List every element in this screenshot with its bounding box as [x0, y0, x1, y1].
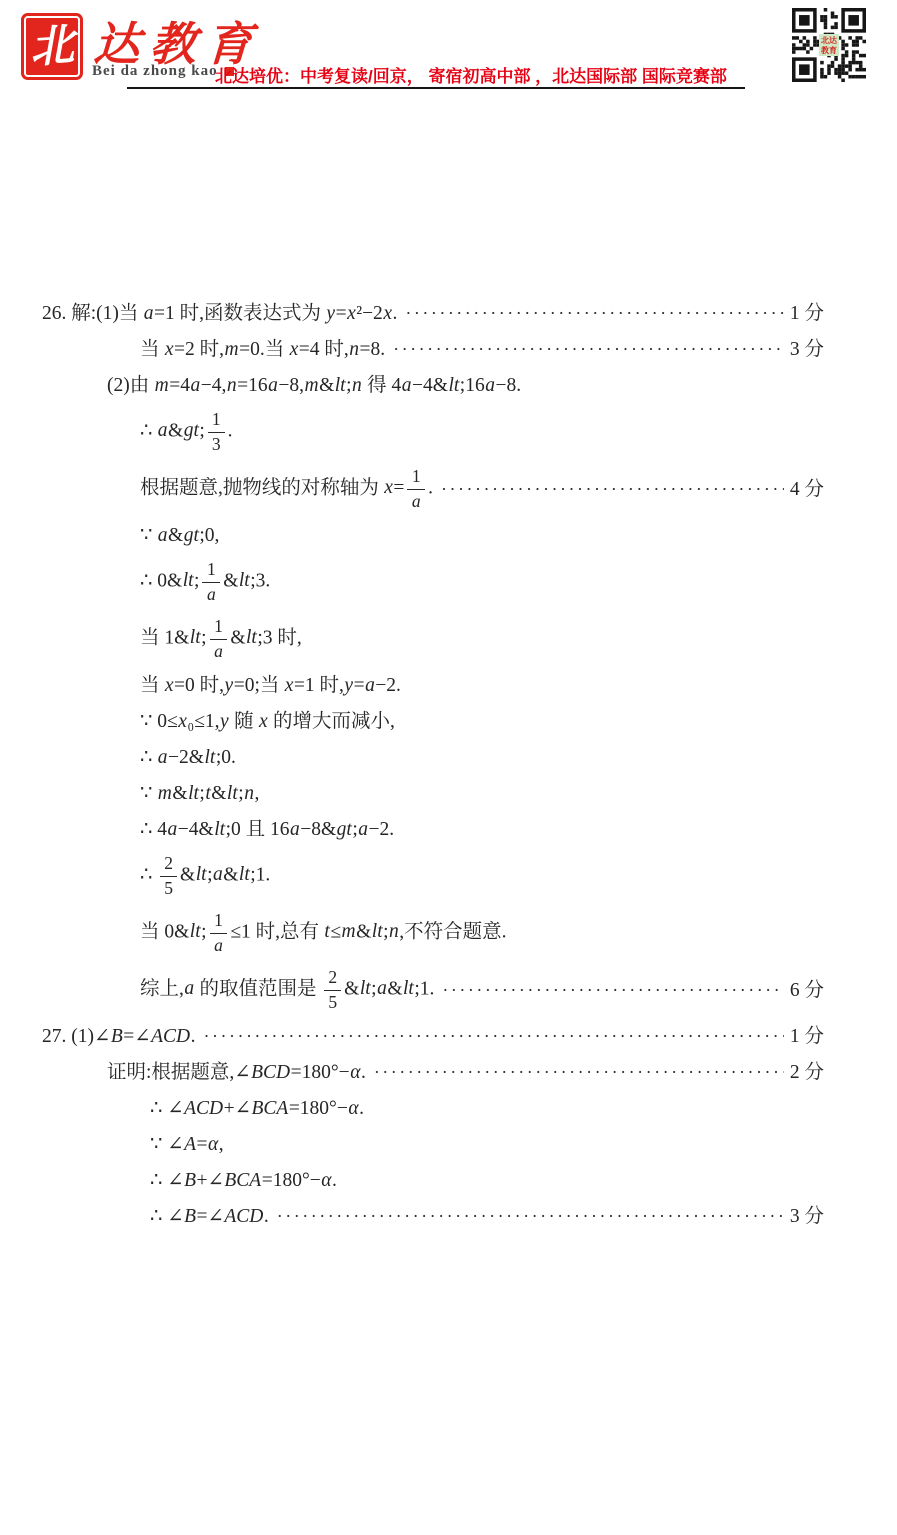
score-label: 3 分 [790, 1203, 826, 1230]
fraction-numerator: 1 [210, 911, 228, 934]
dot-leader: ········································… [442, 977, 783, 1004]
header: 北 达教育 Bei da zhong kao 北达培优：中考复读/回京， 寄宿初… [0, 0, 897, 110]
score-label: 4 分 [790, 476, 826, 503]
math-text: 证明:根据题意,∠BCD=180°−α. [107, 1059, 366, 1086]
fraction-numerator: 2 [324, 968, 341, 991]
dot-leader: ········································… [203, 1023, 783, 1050]
score-label: 1 分 [790, 1023, 826, 1050]
solution-line-13: ∴ 4a−4&lt;0 且 16a−8&gt;a−2. [0, 816, 826, 843]
dot-leader: ········································… [374, 1059, 784, 1086]
svg-text:北达: 北达 [821, 35, 837, 45]
math-text: ∵ 0≤x₀≤1,y 随 x 的增大而减小, [140, 708, 395, 735]
header-rule [127, 87, 745, 89]
math-text: ∴ a&gt;13. [140, 408, 232, 456]
score-label: 3 分 [790, 336, 826, 363]
logo-seal-char: 北 [29, 23, 76, 70]
solution-line-17: 27. (1)∠B=∠ACD.·························… [0, 1023, 826, 1050]
math-text: ∴ a−2&lt;0. [140, 744, 236, 771]
math-text: ∴ ∠B=∠ACD. [150, 1203, 269, 1230]
fraction: 1a [210, 617, 228, 661]
fraction: 25 [160, 854, 177, 898]
solution-line-19: ∴ ∠ACD+∠BCA=180°−α. [0, 1095, 826, 1122]
math-text: (2)由 m=4a−4,n=16a−8,m&lt;n 得 4a−4&lt;16a… [107, 372, 521, 399]
svg-text:教育: 教育 [820, 45, 837, 55]
solution-line-8: 当 1&lt;1a&lt;3 时, [0, 615, 826, 663]
score-label: 1 分 [790, 300, 826, 327]
fraction-numerator: 1 [208, 410, 225, 433]
math-text: ∴ 25&lt;a&lt;1. [140, 852, 270, 900]
header-tagline: 北达培优：中考复读/回京， 寄宿初高中部 ，北达国际部 国际竞赛部 [215, 62, 755, 87]
fraction-denominator: 3 [208, 433, 225, 455]
math-text: 当 0&lt;1a≤1 时,总有 t≤m&lt;n,不符合题意. [140, 909, 507, 957]
math-text: ∵ a&gt;0, [140, 522, 219, 549]
math-text: ∴ 0&lt;1a&lt;3. [140, 558, 270, 606]
score-label: 2 分 [790, 1059, 826, 1086]
fraction-numerator: 1 [202, 560, 220, 583]
fraction-denominator: 5 [324, 991, 341, 1013]
dot-leader: ········································… [405, 300, 784, 327]
math-text: 当 x=2 时,m=0.当 x=4 时,n=8. [140, 336, 385, 363]
solution-body: 26. 解:(1)当 a=1 时,函数表达式为 y=x²−2x.········… [0, 300, 826, 1239]
math-text: ∴ ∠B+∠BCA=180°−α. [150, 1167, 337, 1194]
dot-leader: ········································… [393, 336, 784, 363]
solution-line-21: ∴ ∠B+∠BCA=180°−α. [0, 1167, 826, 1194]
math-text: ∴ 4a−4&lt;0 且 16a−8&gt;a−2. [140, 816, 394, 843]
fraction-numerator: 1 [407, 467, 425, 490]
solution-line-7: ∴ 0&lt;1a&lt;3. [0, 558, 826, 606]
solution-line-6: ∵ a&gt;0, [0, 522, 826, 549]
fraction: 13 [208, 410, 225, 454]
fraction: 1a [210, 911, 228, 955]
math-text: 27. (1)∠B=∠ACD. [42, 1023, 195, 1050]
logo-romanized-text: Bei da zhong kao [92, 63, 218, 80]
solution-line-3: (2)由 m=4a−4,n=16a−8,m&lt;n 得 4a−4&lt;16a… [0, 372, 826, 399]
solution-line-18: 证明:根据题意,∠BCD=180°−α.····················… [0, 1059, 826, 1086]
fraction-numerator: 2 [160, 854, 177, 877]
solution-line-4: ∴ a&gt;13. [0, 408, 826, 456]
logo-romanized: Bei da zhong kao [92, 63, 234, 80]
math-text: 26. 解:(1)当 a=1 时,函数表达式为 y=x²−2x. [42, 300, 397, 327]
dot-leader: ········································… [277, 1203, 784, 1230]
logo-seal: 北 [21, 13, 83, 80]
solution-line-5: 根据题意,抛物线的对称轴为 x=1a.·····················… [0, 465, 826, 513]
fraction-numerator: 1 [210, 617, 228, 640]
fraction-denominator: a [210, 640, 228, 662]
solution-line-15: 当 0&lt;1a≤1 时,总有 t≤m&lt;n,不符合题意. [0, 909, 826, 957]
solution-line-10: ∵ 0≤x₀≤1,y 随 x 的增大而减小, [0, 708, 826, 735]
solution-line-14: ∴ 25&lt;a&lt;1. [0, 852, 826, 900]
math-text: 当 x=0 时,y=0;当 x=1 时,y=a−2. [140, 672, 401, 699]
solution-line-22: ∴ ∠B=∠ACD.······························… [0, 1203, 826, 1230]
solution-line-20: ∵ ∠A=α, [0, 1131, 826, 1158]
fraction: 1a [407, 467, 425, 511]
solution-line-12: ∵ m&lt;t&lt;n, [0, 780, 826, 807]
scanned-answer-page: 北 达教育 Bei da zhong kao 北达培优：中考复读/回京， 寄宿初… [0, 0, 897, 1535]
math-text: 当 1&lt;1a&lt;3 时, [140, 615, 302, 663]
solution-line-1: 26. 解:(1)当 a=1 时,函数表达式为 y=x²−2x.········… [0, 300, 826, 327]
math-text: ∴ ∠ACD+∠BCA=180°−α. [150, 1095, 364, 1122]
solution-line-16: 综上,a 的取值范围是 25&lt;a&lt;1.···············… [0, 966, 826, 1014]
solution-line-9: 当 x=0 时,y=0;当 x=1 时,y=a−2. [0, 672, 826, 699]
dot-leader: ········································… [441, 476, 784, 503]
fraction: 1a [202, 560, 220, 604]
math-text: 综上,a 的取值范围是 25&lt;a&lt;1. [140, 966, 434, 1014]
solution-line-2: 当 x=2 时,m=0.当 x=4 时,n=8.················… [0, 336, 826, 363]
fraction: 25 [324, 968, 341, 1012]
fraction-denominator: a [202, 583, 220, 605]
score-label: 6 分 [790, 977, 826, 1004]
qr-code: 北达教育 [792, 8, 866, 84]
fraction-denominator: 5 [160, 877, 177, 899]
fraction-denominator: a [210, 934, 228, 956]
fraction-denominator: a [407, 490, 425, 512]
solution-line-11: ∴ a−2&lt;0. [0, 744, 826, 771]
math-text: ∵ m&lt;t&lt;n, [140, 780, 259, 807]
math-text: 根据题意,抛物线的对称轴为 x=1a. [140, 465, 433, 513]
math-text: ∵ ∠A=α, [150, 1131, 224, 1158]
